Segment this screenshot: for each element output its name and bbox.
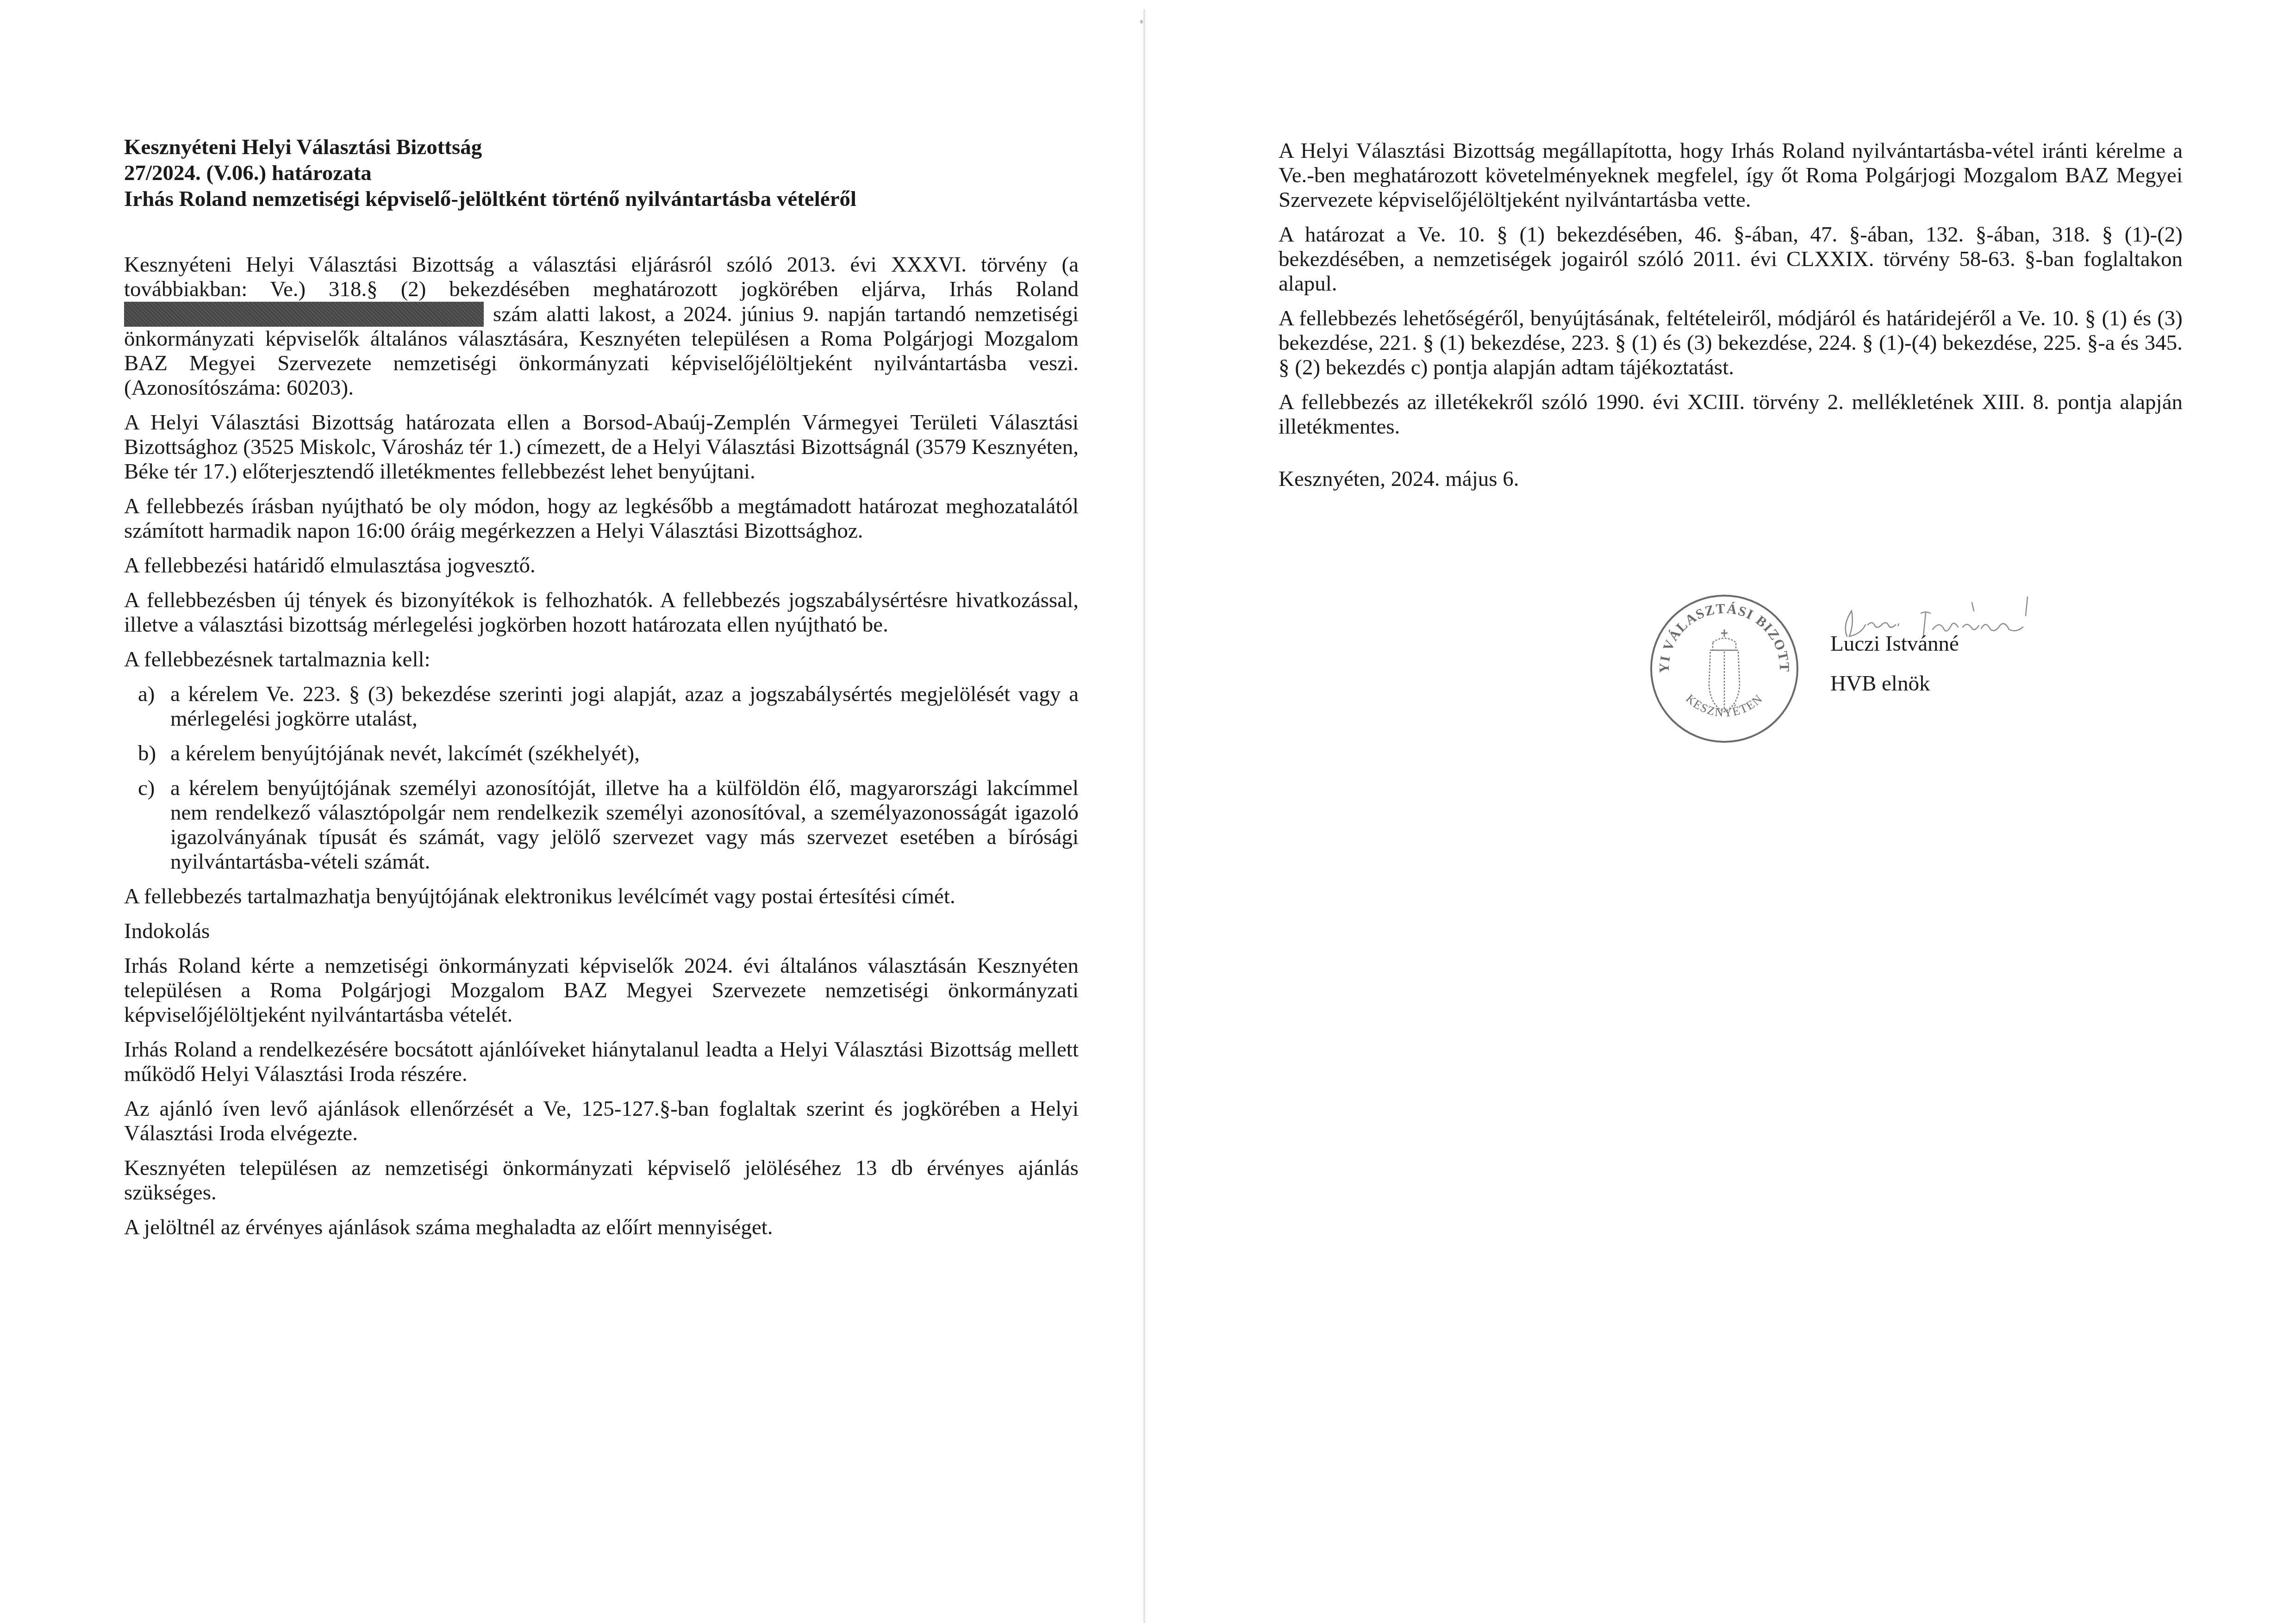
stamp-bottom-text: KESZNYÉTEN [1683, 692, 1765, 720]
appeal-deadline-paragraph: A fellebbezés írásban nyújtható be oly m… [124, 494, 1079, 543]
reasoning-paragraph: A jelöltnél az érvényes ajánlások száma … [124, 1215, 1079, 1240]
requirement-mark: a) [138, 682, 155, 707]
requirements-intro: A fellebbezésnek tartalmaznia kell: [124, 647, 1079, 672]
page-divider [1143, 9, 1145, 1623]
svg-text:HELYI VÁLASZTÁSI BIZOTTSÁG: HELYI VÁLASZTÁSI BIZOTTSÁG [1648, 592, 1792, 673]
optional-contents-paragraph: A fellebbezés tartalmazhatja benyújtóján… [124, 884, 1079, 909]
svg-text:KESZNYÉTEN: KESZNYÉTEN [1683, 692, 1765, 720]
signature-area: HELYI VÁLASZTÁSI BIZOTTSÁG KESZNYÉTEN Lu… [1639, 574, 2102, 768]
title-line-3: Irhás Roland nemzetiségi képviselő-jelöl… [124, 186, 1079, 212]
scan-speck [1140, 20, 1143, 24]
right-column: A Helyi Választási Bizottság megállapíto… [1279, 139, 2183, 502]
title-line-1: Kesznyéteni Helyi Választási Bizottság [124, 134, 1079, 160]
signer-role: HVB elnök [1830, 671, 1930, 696]
intro-paragraph: Kesznyéteni Helyi Választási Bizottság a… [124, 253, 1079, 400]
requirement-text: a kérelem benyújtójának nevét, lakcímét … [170, 741, 640, 765]
reasoning-heading: Indokolás [124, 919, 1079, 944]
reasoning-paragraph: Irhás Roland a rendelkezésére bocsátott … [124, 1038, 1079, 1087]
stamp-top-text: HELYI VÁLASZTÁSI BIZOTTSÁG [1648, 592, 1792, 673]
intro-text-start: Kesznyéteni Helyi Választási Bizottság a… [124, 253, 1079, 301]
reasoning-paragraph: Irhás Roland kérte a nemzetiségi önkormá… [124, 954, 1079, 1027]
fee-exemption-paragraph: A fellebbezés az illetékekről szóló 1990… [1279, 390, 2183, 439]
requirement-item: b) a kérelem benyújtójának nevét, lakcím… [124, 741, 1079, 766]
requirement-text: a kérelem Ve. 223. § (3) bekezdése szeri… [170, 682, 1079, 731]
requirements-list: a) a kérelem Ve. 223. § (3) bekezdése sz… [124, 682, 1079, 874]
signer-name: Luczi Istvánné [1830, 631, 1959, 656]
reasoning-paragraph: Kesznyéten településen az nemzetiségi ön… [124, 1156, 1079, 1205]
requirement-text: a kérelem benyújtójának személyi azonosí… [170, 776, 1079, 874]
title-line-2: 27/2024. (V.06.) határozata [124, 160, 1079, 186]
appeal-paragraph: A Helyi Választási Bizottság határozata … [124, 410, 1079, 484]
official-stamp-icon: HELYI VÁLASZTÁSI BIZOTTSÁG KESZNYÉTEN [1648, 592, 1801, 745]
finding-paragraph: A Helyi Választási Bizottság megállapíto… [1279, 139, 2183, 212]
legal-basis-paragraph: A határozat a Ve. 10. § (1) bekezdésében… [1279, 223, 2183, 296]
requirement-mark: c) [138, 776, 155, 801]
requirement-item: c) a kérelem benyújtójának személyi azon… [124, 776, 1079, 874]
redaction-block [124, 302, 484, 327]
requirement-item: a) a kérelem Ve. 223. § (3) bekezdése sz… [124, 682, 1079, 731]
new-facts-paragraph: A fellebbezésben új tények és bizonyíték… [124, 588, 1079, 637]
appeal-info-paragraph: A fellebbezés lehetőségéről, benyújtásán… [1279, 306, 2183, 380]
deadline-forfeit-paragraph: A fellebbezési határidő elmulasztása jog… [124, 553, 1079, 578]
left-column: Kesznyéteni Helyi Választási Bizottság 2… [124, 134, 1079, 1250]
date-line: Kesznyéten, 2024. május 6. [1279, 467, 2183, 491]
reasoning-paragraph: Az ajánló íven levő ajánlások ellenőrzés… [124, 1097, 1079, 1146]
document-title: Kesznyéteni Helyi Választási Bizottság 2… [124, 134, 1079, 212]
requirement-mark: b) [138, 741, 156, 766]
